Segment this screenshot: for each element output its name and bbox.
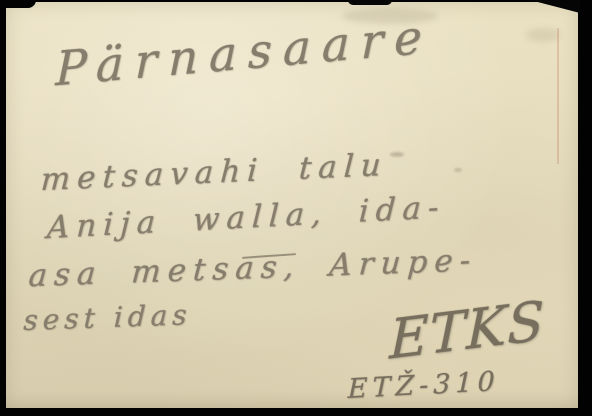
handwritten-line-1: metsavahi talu bbox=[40, 147, 389, 198]
scan-corner-shadow bbox=[530, 0, 580, 13]
signature-monogram: ETKS bbox=[389, 289, 546, 372]
handwritten-line-4: sest idas bbox=[23, 298, 192, 337]
scan-color-line-artifact bbox=[557, 28, 559, 164]
scanner-background: Pärnasaare metsavahi talu Anija walla, i… bbox=[0, 0, 592, 416]
handwritten-line-3: asa metsas, Arupe- bbox=[27, 242, 478, 294]
catalog-number: ETŽ-310 bbox=[347, 366, 499, 405]
pencil-speck bbox=[390, 152, 404, 157]
pencil-speck bbox=[454, 168, 462, 172]
paper-stain-smudge bbox=[526, 28, 560, 42]
handwritten-line-2: Anija walla, ida- bbox=[46, 189, 446, 246]
ink-bleed-smudge bbox=[342, 8, 438, 24]
scan-edge-artifact bbox=[348, 0, 392, 5]
scan-edge-artifact bbox=[0, 0, 36, 8]
photo-card: Pärnasaare metsavahi talu Anija walla, i… bbox=[6, 2, 578, 408]
